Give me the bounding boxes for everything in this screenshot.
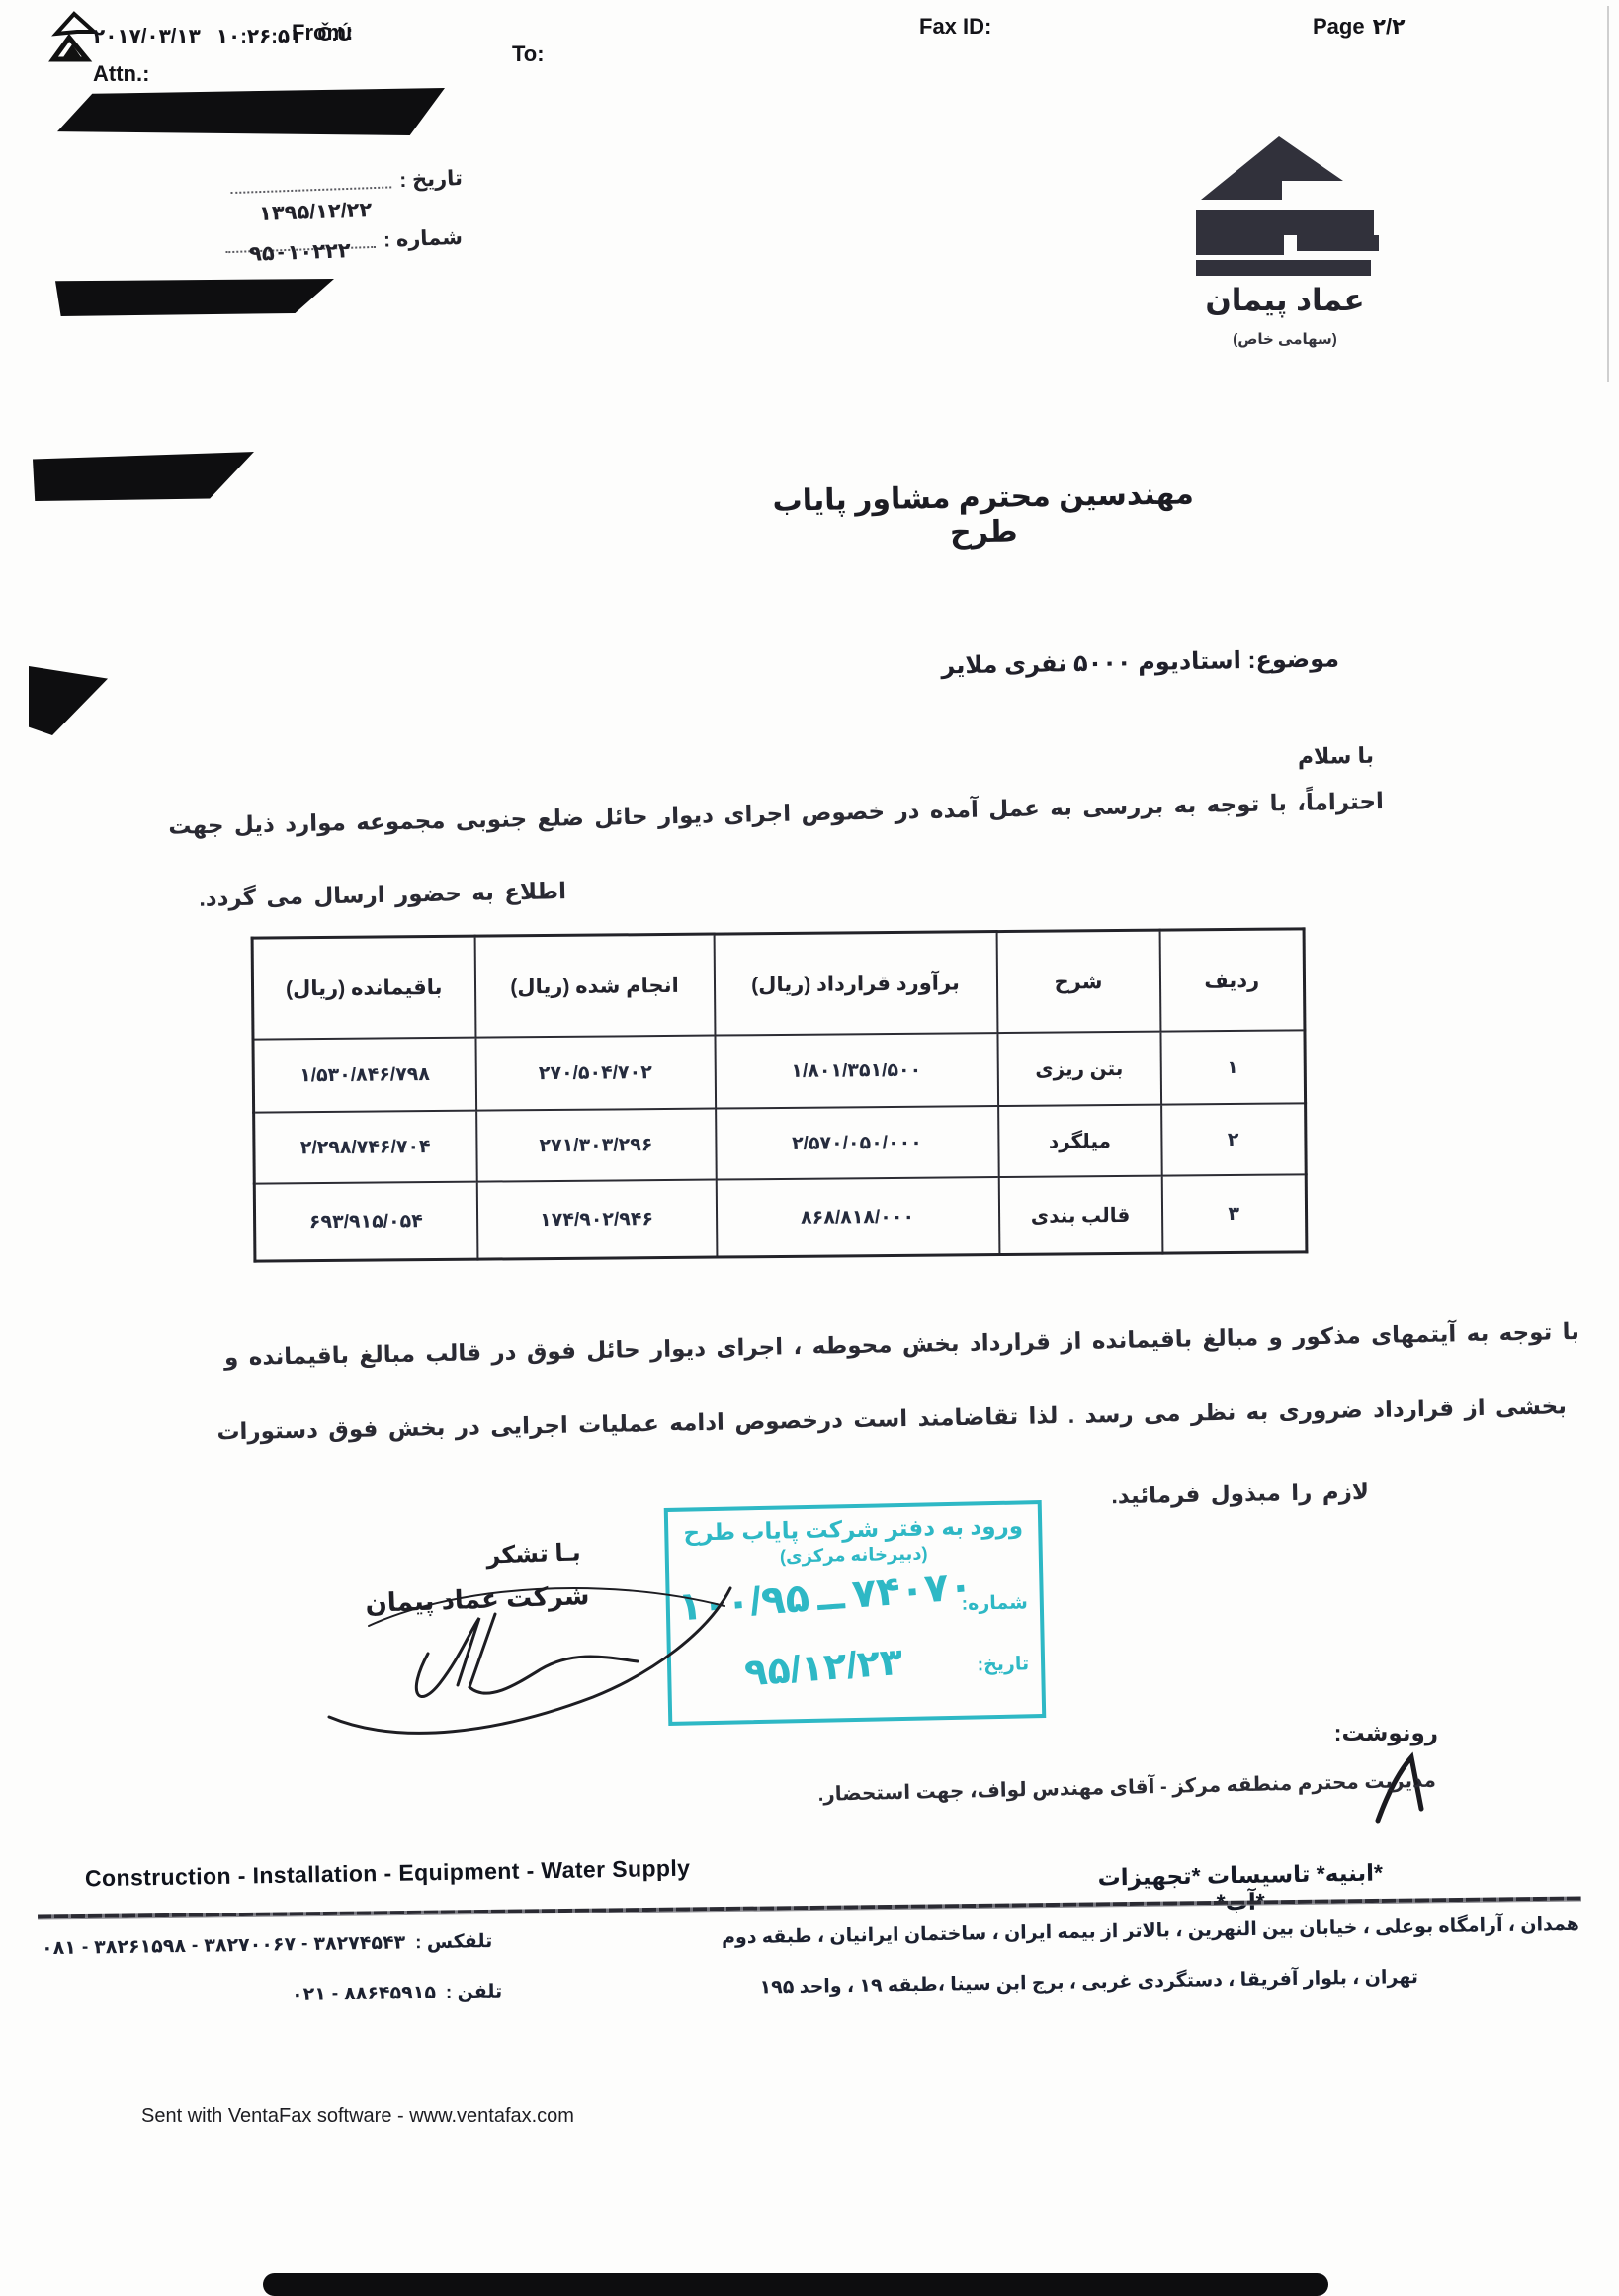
fax-to-label: To: xyxy=(512,42,545,67)
redaction-bar-1 xyxy=(57,88,445,135)
col-header-done: انجام شده (ریال) xyxy=(474,934,715,1038)
row-done: ۲۷۰/۵۰۴/۷۰۲ xyxy=(475,1036,716,1111)
fax-date: ۲۰۱۷/۰۳/۱۳ xyxy=(93,24,201,48)
telefax-numbers: ۰۸۱ - ۳۸۲۶۱۵۹۸ - ۳۸۲۷۰۰۶۷ - ۳۸۲۷۴۵۴۳ xyxy=(42,1931,405,1960)
cost-table: ردیف شرح برآورد قرارداد (ریال) انجام شده… xyxy=(251,927,1309,1262)
subject-line: موضوع: استادیوم ۵۰۰۰ نفری ملایر xyxy=(929,644,1339,680)
col-header-description: شرح xyxy=(996,930,1160,1033)
row-description: میلگرد xyxy=(998,1105,1162,1177)
table-header-row: ردیف شرح برآورد قرارداد (ریال) انجام شده… xyxy=(252,929,1305,1040)
col-header-row-no: ردیف xyxy=(1159,929,1305,1032)
bottom-scan-bar xyxy=(263,2273,1328,2296)
number-value-year: ۹۵ xyxy=(249,241,275,267)
stamp-date-value: ۹۵/۱۲/۲۳ xyxy=(743,1640,904,1696)
letter-date-field: تاریخ : xyxy=(230,166,464,199)
body-line-2: اطلاع به حضور ارسال می گردد. xyxy=(97,878,566,914)
cc-label: رونوشت: xyxy=(1300,1720,1438,1746)
row-estimate: ۲/۵۷۰/۰۵۰/۰۰۰ xyxy=(716,1106,999,1179)
row-no: ۱ xyxy=(1160,1030,1306,1104)
footer-services-english: Construction - Installation - Equipment … xyxy=(85,1855,691,1893)
footer-services-persian: *ابنیه* تاسیسات *تجهیزات *آب* xyxy=(1072,1859,1409,1918)
phone-number: ۰۲۱ - ۸۸۶۴۵۹۱۵ xyxy=(292,1982,436,2006)
stamp-number-dash: ــ xyxy=(815,1573,846,1620)
date-value: ۱۳۹۵/۱۲/۲۲ xyxy=(259,198,373,226)
footer-phone: تلفن : ۰۲۱ - ۸۸۶۴۵۹۱۵ xyxy=(292,1981,503,2006)
fax-page-value: ۲/۲ xyxy=(1373,14,1406,40)
number-value-serial: ۱۰۲۲۲ xyxy=(287,238,351,265)
after-table-line-3: لازم را مبذول فرمائید. xyxy=(1107,1479,1369,1510)
row-remaining: ۲/۲۹۸/۷۴۶/۷۰۴ xyxy=(254,1111,477,1184)
company-type: (سهامی خاص) xyxy=(1181,330,1389,348)
col-header-remaining: باقیمانده (ریال) xyxy=(252,936,475,1039)
table-row: ۳ قالب بندی ۸۶۸/۸۱۸/۰۰۰ ۱۷۴/۹۰۲/۹۴۶ ۶۹۳/… xyxy=(254,1174,1307,1261)
body-line-1: احتراماً، با توجه به بررسی به عمل آمده د… xyxy=(158,788,1384,840)
redaction-bar-2 xyxy=(55,279,334,316)
after-table-line-1: با توجه به آیتمهای مذکور و مبالغ باقیمان… xyxy=(128,1318,1579,1373)
table-row: ۲ میلگرد ۲/۵۷۰/۰۵۰/۰۰۰ ۲۷۱/۳۰۳/۲۹۶ ۲/۲۹۸… xyxy=(254,1103,1307,1183)
handwritten-signature xyxy=(311,1567,736,1749)
row-done: ۱۷۴/۹۰۲/۹۴۶ xyxy=(476,1180,717,1260)
scan-edge-artifact xyxy=(1607,6,1609,382)
date-label: تاریخ : xyxy=(399,166,464,193)
row-description: قالب بندی xyxy=(998,1176,1162,1255)
row-no: ۲ xyxy=(1161,1103,1307,1175)
phone-label: تلفن : xyxy=(446,1981,503,2004)
row-remaining: ۱/۵۳۰/۸۴۶/۷۹۸ xyxy=(253,1038,476,1113)
footer-telefax: تلفکس : ۰۸۱ - ۳۸۲۶۱۵۹۸ - ۳۸۲۷۰۰۶۷ - ۳۸۲۷… xyxy=(42,1930,493,1960)
row-estimate: ۸۶۸/۸۱۸/۰۰۰ xyxy=(716,1177,999,1257)
footer-address-row-2: تهران ، بلوار آفریقا ، دستگردی غربی ، بر… xyxy=(292,1966,1418,2006)
fax-document-page: ۲۰۱۷/۰۳/۱۳ ۱۰:۲۶:۵۱ Č.Ú From: Attn.: To:… xyxy=(0,0,1619,2296)
col-header-estimate: برآورد قرارداد (ریال) xyxy=(714,932,997,1036)
row-remaining: ۶۹۳/۹۱۵/۰۵۴ xyxy=(254,1182,477,1261)
company-logo-house-icon xyxy=(1189,128,1387,282)
telefax-label: تلفکس : xyxy=(415,1930,492,1954)
number-value: ۹۵ - ۱۰۲۲۲ xyxy=(249,238,352,267)
ventafax-footer-note: Sent with VentaFax software - www.ventaf… xyxy=(141,2105,574,2128)
redaction-bar-3 xyxy=(33,452,254,501)
salutation: با سلام xyxy=(1226,743,1374,772)
fax-from-label: From: xyxy=(292,20,353,45)
number-label: شماره : xyxy=(383,225,464,253)
redaction-mark-4 xyxy=(29,666,108,735)
cc-recipient-line: مدیریت محترم منطقه مرکز - آقای مهندس لوا… xyxy=(621,1768,1436,1812)
table-row: ۱ بتن ریزی ۱/۸۰۱/۳۵۱/۵۰۰ ۲۷۰/۵۰۴/۷۰۲ ۱/۵… xyxy=(253,1030,1306,1112)
fax-page-label: Page xyxy=(1313,14,1365,40)
fax-attn-label: Attn.: xyxy=(93,61,149,87)
fax-app-triangle-icon xyxy=(47,10,97,65)
footer-address-tehran: تهران ، بلوار آفریقا ، دستگردی غربی ، بر… xyxy=(759,1966,1418,1998)
company-name: عماد پیمان xyxy=(1181,283,1389,318)
after-table-line-2: بخشی از قرارداد ضروری به نظر می رسد . لذ… xyxy=(44,1393,1567,1449)
number-value-dash: - xyxy=(277,241,285,266)
row-no: ۳ xyxy=(1161,1174,1307,1253)
cost-summary-table: ردیف شرح برآورد قرارداد (ریال) انجام شده… xyxy=(251,927,1306,1262)
row-description: بتن ریزی xyxy=(997,1032,1161,1106)
footer-address-row-1: همدان ، آرامگاه بوعلی ، خیابان بین النهر… xyxy=(42,1913,1579,1960)
fax-page-indicator: Page ۲/۲ xyxy=(1313,14,1406,40)
date-leader-dots xyxy=(230,172,392,194)
fax-time: ۱۰:۲۶:۵۱ xyxy=(216,24,302,48)
footer-address-hamedan: همدان ، آرامگاه بوعلی ، خیابان بین النهر… xyxy=(722,1913,1579,1950)
row-done: ۲۷۱/۳۰۳/۲۹۶ xyxy=(476,1109,717,1182)
stamp-date-label: تاریخ: xyxy=(978,1653,1030,1676)
stamp-number-b: ۷۴۰۷۰ xyxy=(850,1564,974,1618)
fax-id-label: Fax ID: xyxy=(919,14,991,40)
row-estimate: ۱/۸۰۱/۳۵۱/۵۰۰ xyxy=(715,1033,998,1108)
recipient-title: مهندسین محترم مشاور پایاب طرح xyxy=(770,476,1196,553)
